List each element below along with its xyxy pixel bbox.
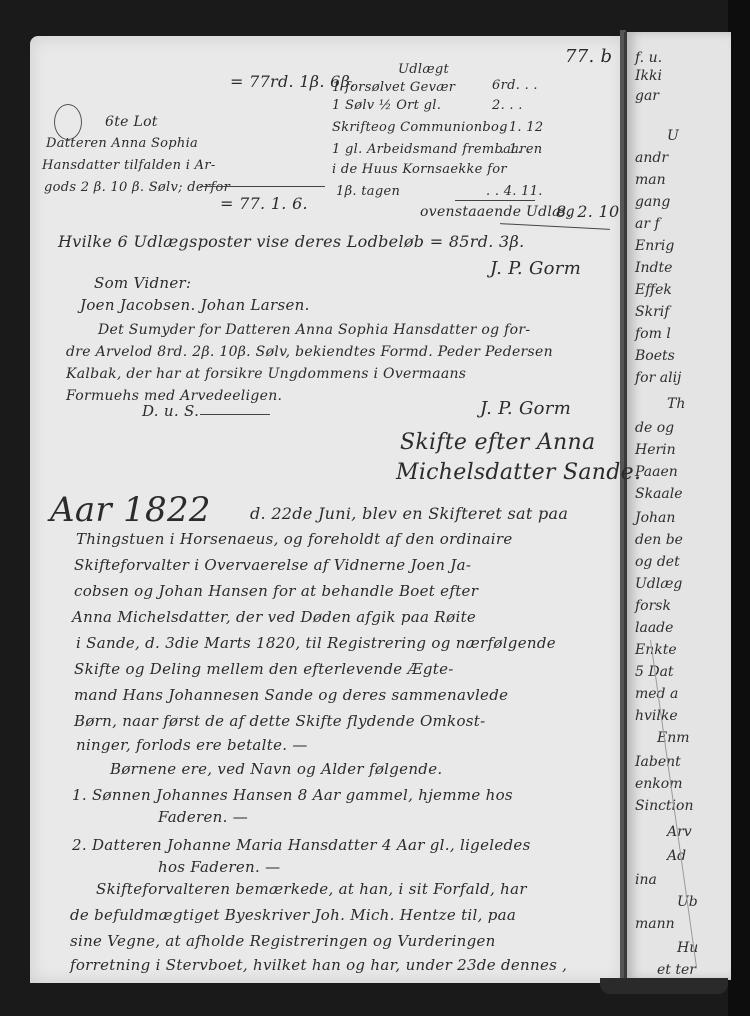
- year-heading: Aar 1822: [50, 490, 211, 530]
- opening-date-text: d. 22de Juni, blev en Skifteret sat paa: [250, 504, 568, 523]
- body-line: i Sande, d. 3die Marts 1820, til Registr…: [76, 634, 556, 652]
- body-line: ninger, forlods ere betalte. —: [76, 736, 308, 754]
- children-intro: Børnene ere, ved Navn og Alder følgende.: [110, 760, 442, 778]
- page-shadow: [600, 978, 728, 994]
- right-page-fragment: Enm: [657, 730, 690, 746]
- lot-total: = 77. 1. 6.: [220, 194, 308, 213]
- right-page-fragment: Effek: [635, 282, 672, 298]
- right-page-fragment: Sinction: [635, 798, 693, 814]
- signature: J. P. Gorm: [480, 398, 571, 419]
- dark-background: [728, 0, 750, 1016]
- final-paragraph-line: sine Vegne, at afholde Registreringen og…: [70, 932, 496, 950]
- right-page-fragment: Enkte: [635, 642, 677, 658]
- udlaeg-item: Skrifteog Communionbog: [332, 120, 508, 135]
- right-page-fragment: gar: [635, 88, 659, 104]
- right-page-fragment: enkom: [635, 776, 683, 792]
- child-entry-cont: hos Faderen. —: [158, 858, 280, 876]
- witnesses-names: Joen Jacobsen. Johan Larsen.: [80, 296, 310, 314]
- udlaeg-item: 1 forsølvet Gevær: [332, 80, 455, 95]
- right-page-fragment: Enrig: [635, 238, 674, 254]
- right-page-fragment: Indte: [635, 260, 672, 276]
- right-page-fragment: et ter: [657, 962, 696, 978]
- paragraph-line: Kalbak, der har at forsikre Ungdommens i…: [66, 366, 466, 382]
- body-line: Thingstuen i Horsenaeus, og foreholdt af…: [76, 530, 513, 548]
- right-page-fragment: Herin: [635, 442, 676, 458]
- rule: [200, 414, 270, 415]
- udlaeg-total-label: ovenstaaende Udlæg: [420, 204, 575, 220]
- udlaeg-amount: . 1. .: [500, 142, 531, 157]
- udlaeg-item: 1 Sølv ½ Ort gl.: [332, 98, 441, 113]
- right-page-fragment: fom l: [635, 326, 671, 342]
- right-page-fragment: ar f: [635, 216, 660, 232]
- flourish-decoration: [54, 104, 82, 140]
- right-page-fragment: Skrif: [635, 304, 669, 320]
- right-page-fragment: Johan: [635, 510, 675, 526]
- body-line: Skifte og Deling mellem den efterlevende…: [74, 660, 454, 678]
- right-page-fragment: Ikki: [635, 68, 662, 84]
- body-line: Skifteforvalter i Overvaerelse af Vidner…: [74, 556, 471, 574]
- signature: J. P. Gorm: [490, 258, 581, 279]
- right-page-fragment: ina: [635, 872, 657, 888]
- lot-text-line: gods 2 β. 10 β. Sølv; derfor: [44, 180, 230, 195]
- right-page-fragment: Skaale: [635, 486, 683, 502]
- child-entry: 1. Sønnen Johannes Hansen 8 Aar gammel, …: [72, 786, 513, 804]
- right-page-fragment: den be: [635, 532, 683, 548]
- witnesses-label: Som Vidner:: [94, 274, 191, 292]
- child-entry-cont: Faderen. —: [158, 808, 248, 826]
- paragraph-line: Det Sumyder for Datteren Anna Sophia Han…: [98, 322, 530, 338]
- body-line: Børn, naar først de af dette Skifte flyd…: [74, 712, 485, 730]
- udlaeg-amount: . . 4. 11.: [486, 184, 543, 199]
- body-line: mand Hans Johannesen Sande og deres samm…: [74, 686, 508, 704]
- udlaeg-item: 1β. tagen: [336, 184, 400, 199]
- udlaeg-item: i de Huus Kornsaekke for: [332, 162, 507, 177]
- body-line: cobsen og Johan Hansen for at behandle B…: [74, 582, 478, 600]
- entry-title: Skifte efter Anna: [400, 430, 595, 455]
- udlaeg-amount: 2. . .: [492, 98, 523, 113]
- right-page-fragment: Paaen: [635, 464, 678, 480]
- page-number: 77. b: [565, 46, 612, 67]
- right-page-fragment: for alij: [635, 370, 681, 386]
- right-page-fragment: U: [667, 128, 679, 144]
- lot-text-line: Datteren Anna Sophia: [46, 136, 198, 151]
- right-page-fragment: Ad: [667, 848, 686, 864]
- lot-text-line: Hansdatter tilfalden i Ar-: [42, 158, 216, 173]
- right-page-fragment: Udlæg: [635, 576, 682, 592]
- body-line: Anna Michelsdatter, der ved Døden afgik …: [72, 608, 476, 626]
- summary-line: Hvilke 6 Udlægsposter vise deres Lodbelø…: [58, 232, 524, 251]
- right-page-fragment: Iabent: [635, 754, 681, 770]
- right-page-fragment: f. u.: [635, 50, 662, 66]
- right-page-fragment: Th: [667, 396, 685, 412]
- right-page-fragment: de og: [635, 420, 674, 436]
- right-page-fragment: mann: [635, 916, 675, 932]
- right-page-fragment: forsk: [635, 598, 671, 614]
- paragraph-line: dre Arvelod 8rd. 2β. 10β. Sølv, bekiendt…: [66, 344, 553, 360]
- final-paragraph-line: de befuldmægtiget Byeskriver Joh. Mich. …: [70, 906, 516, 924]
- total-rule: [200, 186, 325, 187]
- right-page-fragment: Arv: [667, 824, 692, 840]
- final-paragraph-line: Skifteforvalteren bemærkede, at han, i s…: [96, 880, 527, 898]
- right-page-fragment: andr: [635, 150, 668, 166]
- child-entry: 2. Datteren Johanne Maria Hansdatter 4 A…: [72, 836, 531, 854]
- right-page-fragment: gang: [635, 194, 670, 210]
- right-page-fragment: hvilke: [635, 708, 678, 724]
- right-page-fragment: og det: [635, 554, 680, 570]
- udlaeg-total: 8. 2. 10: [556, 202, 619, 221]
- right-page-fragment: man: [635, 172, 666, 188]
- right-page-fragment: Boets: [635, 348, 675, 364]
- entry-title: Michelsdatter Sande.: [396, 460, 641, 485]
- udlaeg-heading: Udlægt: [398, 62, 449, 77]
- ut-supra: D. u. S.: [142, 402, 199, 420]
- udlaeg-amount: 6rd. . .: [492, 78, 538, 93]
- right-page-fragment: laade: [635, 620, 673, 636]
- udlaeg-amount: . 1. 12: [500, 120, 543, 135]
- sum-rule: [455, 200, 535, 201]
- lot-heading: 6te Lot: [105, 114, 158, 130]
- final-paragraph-line: forretning i Stervboet, hvilket han og h…: [70, 956, 567, 974]
